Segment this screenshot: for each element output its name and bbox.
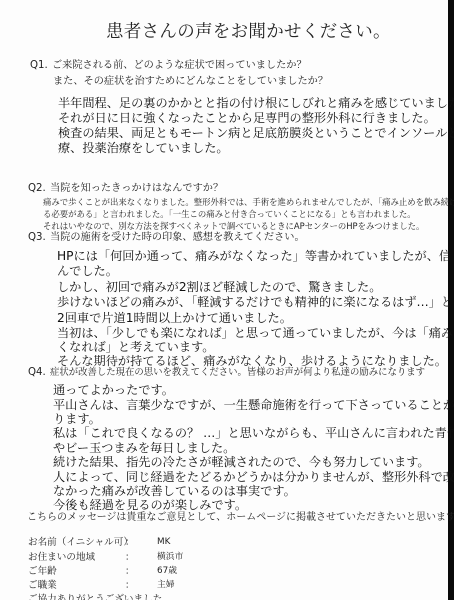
q3-answer-line: 当初は、「少しでも楽になれば」と思って通っていましたが、今は「痛みが全くな: [57, 327, 454, 339]
q3-answer-line: んでした。: [57, 265, 118, 277]
q4-label: Q4.: [28, 368, 50, 378]
q4-question-text: 症状が改善した現在の思いを教えてください。皆様のお声が何より私達の励みになります: [50, 367, 425, 378]
q1-answer-line: 半年間程、足の裏のかかとと指の付け根にしびれと痛みを感じていました。: [58, 97, 454, 109]
q4-answer-line: 私は「これで良くなるの？ …」と思いながらも、平山さんに言われた青竹ふみ: [53, 427, 454, 439]
info-value-occupation: 主婦: [157, 581, 175, 590]
q1-answer-line: 検査の結果、両足ともモートン病と足底筋膜炎ということでインソールと衝撃波治: [58, 127, 454, 139]
info-value-region: 横浜市: [157, 553, 183, 562]
q3-answer-line: HPには「何回か通って、痛みがなくなった」等書かれていましたが、信じられませ: [57, 250, 454, 262]
info-label-region: お住まいの地域: [28, 553, 95, 563]
q3-question: Q3.当院の施術を受けた時の印象、感想を教えてください。: [28, 233, 305, 243]
info-colon: ：: [125, 567, 135, 577]
q1-answer-line: それが日に日に強くなったことから足専門の整形外科に行きました。: [58, 112, 436, 124]
info-label-name: お名前（イニシャル可）: [28, 538, 133, 548]
page-title: 患者さんの声をお聞かせください。: [106, 24, 391, 42]
info-colon: ：: [125, 581, 135, 591]
q4-answer-line: 通ってよかったです。: [53, 384, 174, 396]
q1-question-text: ご来院される前、どのような症状で困っていましたか？: [52, 60, 307, 71]
q3-answer-line: くなれば」と考えています。: [57, 341, 214, 353]
info-colon: ：: [125, 538, 135, 548]
q3-question-text: 当院の施術を受けた時の印象、感想を教えてください。: [50, 232, 305, 243]
info-colon: ：: [125, 553, 135, 563]
q3-answer-line: 2回車で片道1時間以上かけて通いました。: [57, 312, 292, 324]
q2-answer-line: 痛みで歩くことが出来なくなりました。整形外科では、手術を進められませんでしたが、…: [43, 198, 454, 206]
info-value-age: 67歳: [157, 567, 177, 576]
q2-question-text: 当院を知ったきっかけはなんですか？: [50, 183, 223, 194]
q3-answer-line: 歩けないほどの痛みが、「軽減するだけでも精神的に楽になるはず…」と考えて、週: [57, 296, 454, 308]
thanks-text: ご協力ありがとうございました。: [28, 595, 172, 600]
q4-answer-line: 続けた結果、指先の冷たさが軽減されたので、今も努力しています。: [53, 456, 430, 468]
q1-label: Q1.: [30, 61, 52, 71]
q3-answer-line: しかし、初回で痛みが2割ほど軽減したので、驚きました。: [57, 281, 381, 293]
q4-answer-line: 平山さんは、言葉少なですが、一生懸命施術を行って下さっていることが分か: [53, 399, 454, 411]
q4-question: Q4.症状が改善した現在の思いを教えてください。皆様のお声が何より私達の励みにな…: [28, 368, 425, 378]
q3-label: Q3.: [28, 233, 50, 243]
info-label-occupation: ご職業: [28, 581, 57, 591]
q2-answer-line: る必要がある」と言われました。「一生この痛みと付き合っていくことになる」とも言わ…: [43, 210, 416, 218]
q4-answer-line: 人によって、同じ経過をたどるかどうかは分かりませんが、整形外科で改善し: [53, 471, 454, 483]
info-value-name: MK: [157, 538, 170, 547]
q1-question-2: また、その症状を治すためにどんなことをしていましたか？: [53, 77, 328, 87]
q4-answer-line: ります。: [53, 413, 101, 425]
q4-answer-line: 今後も経過を見るのが楽しみです。: [53, 499, 247, 511]
q2-question: Q2.当院を知ったきっかけはなんですか？: [28, 184, 223, 194]
info-label-age: ご年齢: [28, 567, 57, 577]
q1-answer-line: 療、投薬治療をしていました。: [58, 142, 229, 154]
q4-answer-line: やビー玉つまみを毎日しました。: [53, 442, 235, 454]
q2-answer-line: それはいやなので、別な方法を探すべくネットで調べているときにAPセンターのHPを…: [43, 222, 424, 230]
q4-answer-line: なかった痛みが改善しているのは事実です。: [53, 485, 296, 497]
consent-note: こちらのメッセージは貴重なご意見として、ホームページに掲載させていただきたいと思…: [27, 513, 454, 523]
q1-question: Q1.ご来院される前、どのような症状で困っていましたか？: [30, 61, 307, 71]
q2-label: Q2.: [28, 184, 50, 194]
q3-answer-line: そんな期待が持てるほど、痛みがなくなり、歩けるようになりました。: [57, 355, 447, 367]
